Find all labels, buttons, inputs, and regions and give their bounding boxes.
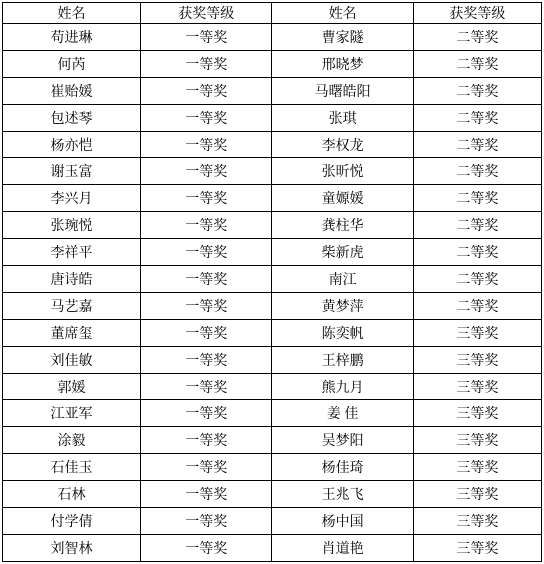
- award-cell-right: 三等奖: [413, 400, 541, 427]
- table-row: 石佳玉一等奖杨佳琦三等奖: [3, 454, 542, 481]
- name-cell-left: 崔贻媛: [3, 77, 141, 104]
- award-cell-right: 二等奖: [413, 239, 541, 266]
- award-cell-right: 三等奖: [413, 346, 541, 373]
- table-row: 李兴月一等奖童嫄媛二等奖: [3, 185, 542, 212]
- name-cell-left: 唐诗皓: [3, 266, 141, 293]
- name-cell-right: 张昕悦: [272, 158, 413, 185]
- award-cell-right: 二等奖: [413, 212, 541, 239]
- name-cell-left: 李兴月: [3, 185, 141, 212]
- award-cell-right: 三等奖: [413, 534, 541, 561]
- table-row: 马艺嘉一等奖黄梦萍二等奖: [3, 292, 542, 319]
- table-row: 刘佳敏一等奖王梓鹏三等奖: [3, 346, 542, 373]
- award-cell-right: 二等奖: [413, 77, 541, 104]
- award-cell-right: 二等奖: [413, 50, 541, 77]
- name-cell-left: 付学倩: [3, 508, 141, 535]
- award-list-page: 姓名 获奖等级 姓名 获奖等级 苟进琳一等奖曹家隧二等奖何芮一等奖邢晓梦二等奖崔…: [0, 0, 544, 564]
- name-cell-right: 王梓鹏: [272, 346, 413, 373]
- name-cell-left: 张琬悦: [3, 212, 141, 239]
- award-cell-right: 三等奖: [413, 319, 541, 346]
- award-cell-right: 二等奖: [413, 104, 541, 131]
- name-cell-right: 邢晓梦: [272, 50, 413, 77]
- name-cell-right: 黄梦萍: [272, 292, 413, 319]
- award-cell-right: 三等奖: [413, 427, 541, 454]
- table-row: 谢玉富一等奖张昕悦二等奖: [3, 158, 542, 185]
- name-cell-left: 涂毅: [3, 427, 141, 454]
- name-cell-right: 熊九月: [272, 373, 413, 400]
- name-cell-right: 曹家隧: [272, 24, 413, 51]
- name-cell-left: 郭媛: [3, 373, 141, 400]
- award-cell-right: 二等奖: [413, 24, 541, 51]
- table-row: 包述琴一等奖张琪二等奖: [3, 104, 542, 131]
- name-cell-right: 陈奕帆: [272, 319, 413, 346]
- table-body: 苟进琳一等奖曹家隧二等奖何芮一等奖邢晓梦二等奖崔贻媛一等奖马曙皓阳二等奖包述琴一…: [3, 24, 542, 562]
- name-cell-left: 马艺嘉: [3, 292, 141, 319]
- award-cell-right: 二等奖: [413, 185, 541, 212]
- name-cell-right: 南江: [272, 266, 413, 293]
- table-row: 苟进琳一等奖曹家隧二等奖: [3, 24, 542, 51]
- award-cell-left: 一等奖: [140, 319, 272, 346]
- award-cell-left: 一等奖: [140, 292, 272, 319]
- name-cell-right: 肖道艳: [272, 534, 413, 561]
- name-cell-left: 刘佳敏: [3, 346, 141, 373]
- award-cell-left: 一等奖: [140, 534, 272, 561]
- award-cell-left: 一等奖: [140, 454, 272, 481]
- award-cell-left: 一等奖: [140, 266, 272, 293]
- name-cell-left: 何芮: [3, 50, 141, 77]
- name-cell-right: 龚柱华: [272, 212, 413, 239]
- award-cell-left: 一等奖: [140, 481, 272, 508]
- award-cell-left: 一等奖: [140, 158, 272, 185]
- award-cell-left: 一等奖: [140, 239, 272, 266]
- name-cell-left: 谢玉富: [3, 158, 141, 185]
- award-cell-right: 二等奖: [413, 131, 541, 158]
- table-row: 石林一等奖王兆飞三等奖: [3, 481, 542, 508]
- table-row: 涂毅一等奖吴梦阳三等奖: [3, 427, 542, 454]
- name-cell-right: 杨中国: [272, 508, 413, 535]
- table-row: 崔贻媛一等奖马曙皓阳二等奖: [3, 77, 542, 104]
- name-cell-left: 苟进琳: [3, 24, 141, 51]
- table-row: 付学倩一等奖杨中国三等奖: [3, 508, 542, 535]
- award-cell-left: 一等奖: [140, 185, 272, 212]
- name-cell-left: 石佳玉: [3, 454, 141, 481]
- name-cell-right: 吴梦阳: [272, 427, 413, 454]
- table-row: 李祥平一等奖柴新虎二等奖: [3, 239, 542, 266]
- award-cell-right: 二等奖: [413, 158, 541, 185]
- award-table: 姓名 获奖等级 姓名 获奖等级 苟进琳一等奖曹家隧二等奖何芮一等奖邢晓梦二等奖崔…: [2, 2, 542, 562]
- header-award-left: 获奖等级: [140, 3, 272, 24]
- award-cell-left: 一等奖: [140, 427, 272, 454]
- award-cell-right: 三等奖: [413, 481, 541, 508]
- name-cell-left: 石林: [3, 481, 141, 508]
- table-row: 张琬悦一等奖龚柱华二等奖: [3, 212, 542, 239]
- name-cell-right: 李权龙: [272, 131, 413, 158]
- award-cell-left: 一等奖: [140, 400, 272, 427]
- table-row: 郭媛一等奖熊九月三等奖: [3, 373, 542, 400]
- name-cell-left: 董席玺: [3, 319, 141, 346]
- name-cell-left: 江亚军: [3, 400, 141, 427]
- header-name-right: 姓名: [272, 3, 413, 24]
- name-cell-left: 李祥平: [3, 239, 141, 266]
- award-cell-left: 一等奖: [140, 508, 272, 535]
- name-cell-left: 包述琴: [3, 104, 141, 131]
- name-cell-right: 柴新虎: [272, 239, 413, 266]
- award-cell-left: 一等奖: [140, 212, 272, 239]
- header-name-left: 姓名: [3, 3, 141, 24]
- header-row: 姓名 获奖等级 姓名 获奖等级: [3, 3, 542, 24]
- table-row: 唐诗皓一等奖南江二等奖: [3, 266, 542, 293]
- name-cell-right: 张琪: [272, 104, 413, 131]
- name-cell-left: 刘智林: [3, 534, 141, 561]
- name-cell-right: 姜 佳: [272, 400, 413, 427]
- table-row: 江亚军一等奖姜 佳三等奖: [3, 400, 542, 427]
- award-cell-left: 一等奖: [140, 346, 272, 373]
- name-cell-right: 王兆飞: [272, 481, 413, 508]
- award-cell-right: 三等奖: [413, 454, 541, 481]
- award-cell-right: 三等奖: [413, 373, 541, 400]
- award-cell-left: 一等奖: [140, 50, 272, 77]
- award-cell-left: 一等奖: [140, 24, 272, 51]
- award-cell-right: 三等奖: [413, 508, 541, 535]
- award-cell-left: 一等奖: [140, 77, 272, 104]
- table-row: 何芮一等奖邢晓梦二等奖: [3, 50, 542, 77]
- name-cell-right: 杨佳琦: [272, 454, 413, 481]
- award-cell-right: 二等奖: [413, 292, 541, 319]
- name-cell-right: 童嫄媛: [272, 185, 413, 212]
- table-row: 杨亦恺一等奖李权龙二等奖: [3, 131, 542, 158]
- award-cell-right: 二等奖: [413, 266, 541, 293]
- header-award-right: 获奖等级: [413, 3, 541, 24]
- name-cell-left: 杨亦恺: [3, 131, 141, 158]
- award-cell-left: 一等奖: [140, 373, 272, 400]
- table-row: 刘智林一等奖肖道艳三等奖: [3, 534, 542, 561]
- award-cell-left: 一等奖: [140, 104, 272, 131]
- award-cell-left: 一等奖: [140, 131, 272, 158]
- table-row: 董席玺一等奖陈奕帆三等奖: [3, 319, 542, 346]
- name-cell-right: 马曙皓阳: [272, 77, 413, 104]
